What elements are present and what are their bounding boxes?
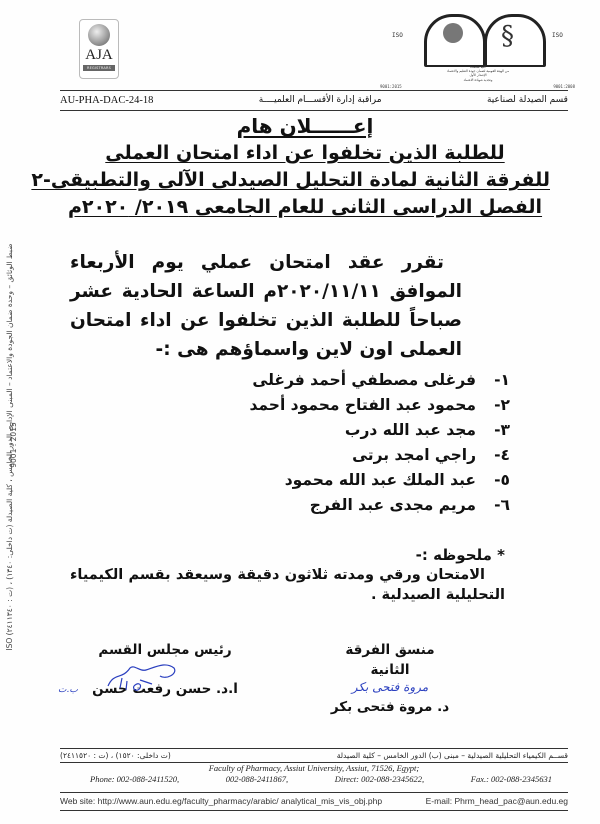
sun-icon (443, 23, 463, 43)
footer-phone-2: 002-088-2411867, (226, 774, 288, 785)
item-number: ٢- (476, 393, 510, 418)
footer-phone-row: Phone: 002-088-2411520, 002-088-2411867,… (60, 774, 568, 785)
students-list: ١-فرغلى مصطفي أحمد فرغلى ٢-محمود عبد الف… (200, 368, 510, 518)
list-item: ١-فرغلى مصطفي أحمد فرغلى (200, 368, 510, 393)
list-item: ٥-عبد الملك عبد الله محمود (200, 468, 510, 493)
aja-logo-text: AJA (80, 48, 118, 63)
signature-title: رئيس مجلس القسم (90, 640, 240, 660)
list-item: ٣-مجد عبد الله درب (200, 418, 510, 443)
student-name: راجي امجد برتى (352, 443, 476, 468)
footer-arabic-address: قســم الكيمياء التحليلية الصيدلية – مبنى… (337, 751, 568, 760)
title-line-1: للطلبة الذين تخلفوا عن اداء امتحان العمل… (60, 140, 550, 167)
footer-arabic-phone: (ت داخلى: ١٥٢٠) ، (ت : ٢٤١١٥٢٠) (60, 751, 171, 760)
signature-coordinator: منسق الفرقة الثانية مروة فتحى بكر د. مرو… (330, 640, 450, 718)
handwritten-signature-scribble (100, 658, 190, 698)
globe-icon (88, 24, 110, 46)
footer-website-link[interactable]: Web site: http://www.aun.edu.eg/faculty_… (60, 796, 382, 806)
note-title: * ملحوظه :- (70, 545, 505, 565)
assiut-university-emblem (424, 14, 486, 67)
iso-left-label: ISO (392, 32, 403, 39)
document-code: AU-PHA-DAC-24-18 (60, 95, 153, 106)
body-paragraph: تقرر عقد امتحان عملي يوم الأربعاء المواف… (70, 252, 462, 360)
signatory-name: د. مروة فتحى بكر (330, 696, 450, 718)
accreditation-caption: كلية معتمدة من الهيئة القومية لضمان جودة… (408, 65, 548, 82)
list-item: ٢-محمود عبد الفتاح محمود أحمد (200, 393, 510, 418)
announcement-heading: إعــــــلان هام (60, 113, 550, 140)
item-number: ٦- (476, 493, 510, 518)
iso-standard-2008: 9001:2008 (553, 84, 575, 89)
pharmacy-emblem: § (484, 14, 546, 67)
student-name: فرغلى مصطفي أحمد فرغلى (252, 368, 476, 393)
footer-email-link[interactable]: E-mail: Phrm_head_pac@aun.edu.eg (426, 796, 568, 806)
item-number: ٥- (476, 468, 510, 493)
item-number: ١- (476, 368, 510, 393)
student-name: محمود عبد الفتاح محمود أحمد (249, 393, 476, 418)
announcement-body: تقرر عقد امتحان عملي يوم الأربعاء المواف… (70, 248, 462, 364)
handwritten-signature: مروة فتحى بكر (330, 680, 450, 694)
university-faculty-logo: ISO § ISO كلية معتمدة من الهيئة القومية … (380, 8, 575, 88)
aja-logo-subtext: REGISTRARS (83, 65, 115, 71)
footer-fax: Fax.: 002-088-2345631 (471, 774, 552, 785)
footer-english-address: Faculty of Pharmacy, Assiut University, … (60, 763, 568, 774)
list-item: ٦-مريم مجدى عبد الفرج (200, 493, 510, 518)
item-number: ٤- (476, 443, 510, 468)
title-line-2: للفرقة الثانية لمادة التحليل الصيدلى الآ… (60, 167, 550, 194)
footer-arabic-row: قســم الكيمياء التحليلية الصيدلية – مبنى… (60, 751, 568, 760)
note-section: * ملحوظه :- الامتحان ورقي ومدته ثلاثون د… (70, 545, 505, 605)
footer-top-rule (60, 748, 568, 749)
header-bottom-rule (60, 110, 568, 111)
side-margin-iso: 9001 : 2015 (9, 265, 19, 625)
title-line-3: الفصل الدراسى الثانى للعام الجامعى ٢٠١٩/… (60, 194, 550, 221)
footer-web-row: Web site: http://www.aun.edu.eg/faculty_… (60, 796, 568, 806)
iso-standards-row: 9001:2015 9001:2008 (380, 84, 575, 89)
footer-bottom-rule (60, 810, 568, 811)
footer-english-block: Faculty of Pharmacy, Assiut University, … (60, 763, 568, 785)
caption-line: وتجديد شهادة الاعتماد (408, 78, 548, 82)
list-item: ٤-راجي امجد برتى (200, 443, 510, 468)
signature-title: منسق الفرقة الثانية (330, 640, 450, 680)
item-number: ٣- (476, 418, 510, 443)
department-label: قسم الصيدلة لصناعية (487, 95, 568, 105)
aja-registrars-logo: AJA REGISTRARS (79, 19, 119, 79)
student-name: مريم مجدى عبد الفرج (310, 493, 476, 518)
header-info-row: AU-PHA-DAC-24-18 مراقبة إدارة الأقســـام… (60, 90, 568, 110)
iso-standard-2015: 9001:2015 (380, 84, 402, 89)
student-name: عبد الملك عبد الله محمود (285, 468, 476, 493)
student-name: مجد عبد الله درب (345, 418, 476, 443)
announcement-titles: إعــــــلان هام للطلبة الذين تخلفوا عن ا… (60, 113, 550, 221)
iso-right-label: ISO (552, 32, 563, 39)
footer-direct: Direct: 002-088-2345622, (335, 774, 424, 785)
bowl-of-hygieia-icon: § (501, 21, 514, 51)
center-label: مراقبة إدارة الأقســـام العلميــــة (259, 95, 382, 105)
footer-phone-1: Phone: 002-088-2411520, (90, 774, 179, 785)
note-text: الامتحان ورقي ومدته ثلاثون دقيقة وسيعقد … (70, 565, 505, 605)
initials-mark: ب.ت (58, 685, 78, 695)
footer-lower-rule (60, 792, 568, 793)
